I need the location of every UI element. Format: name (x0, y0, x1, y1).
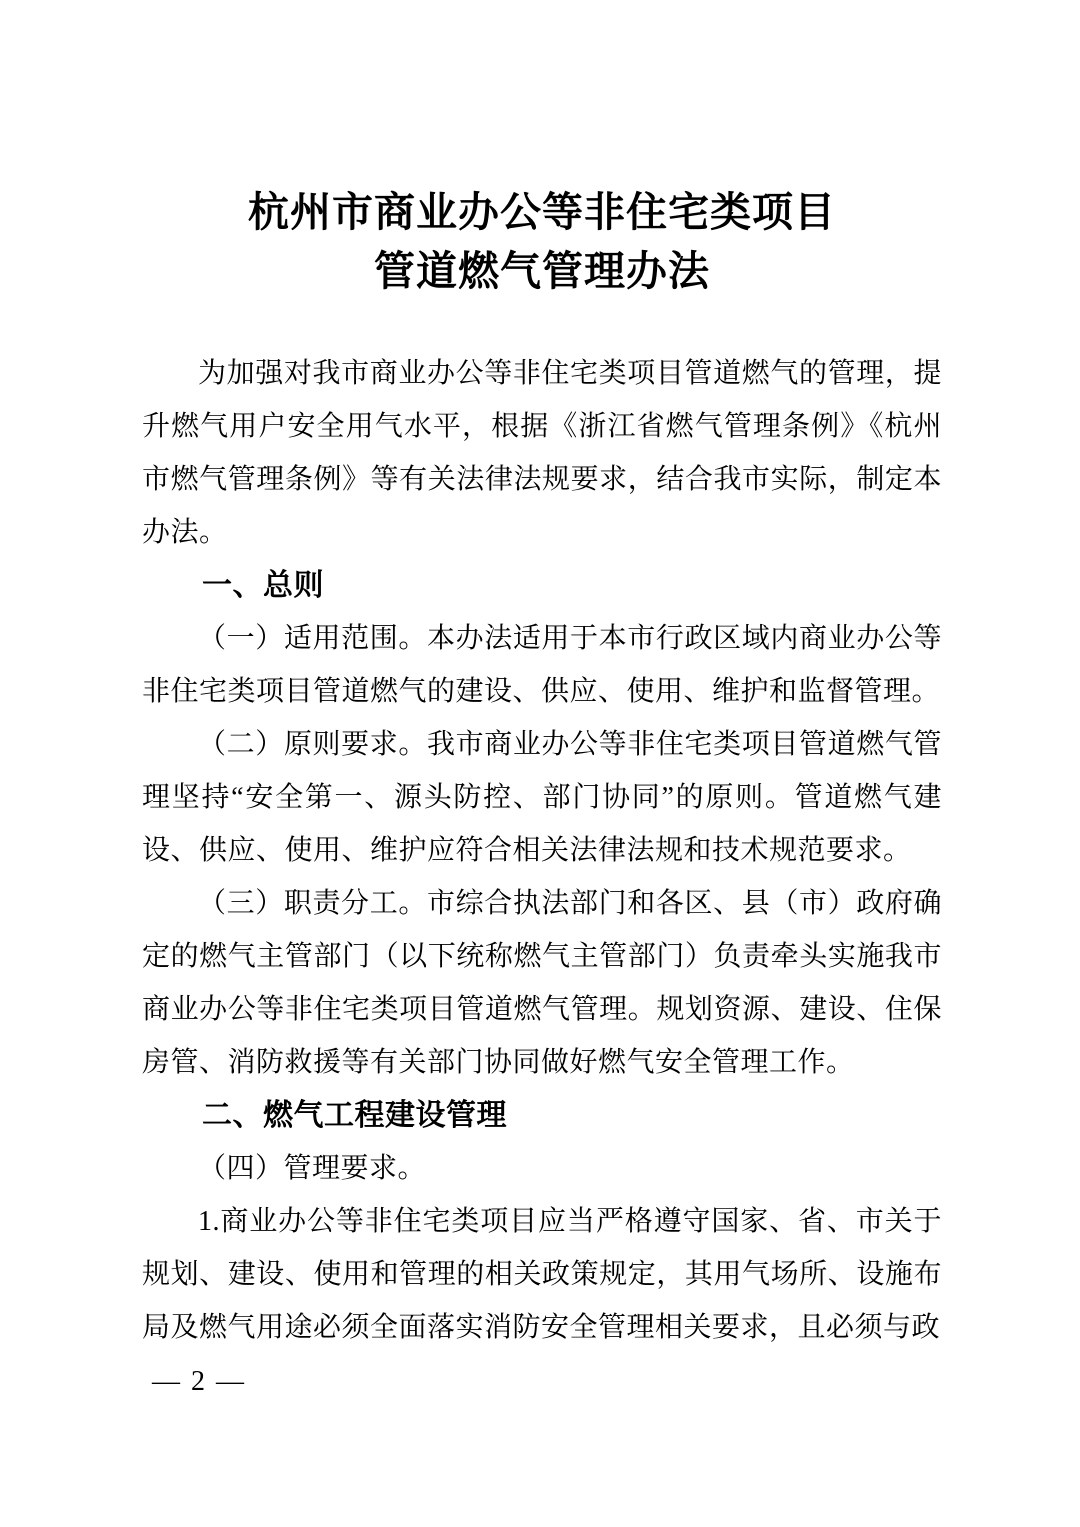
paragraph-item-1-policy-compliance: 1.商业办公等非住宅类项目应当严格遵守国家、省、市关于规划、建设、使用和管理的相… (142, 1195, 942, 1354)
intro-paragraph: 为加强对我市商业办公等非住宅类项目管道燃气的管理，提升燃气用户安全用气水平，根据… (142, 347, 942, 559)
document-page: 杭州市商业办公等非住宅类项目 管道燃气管理办法 为加强对我市商业办公等非住宅类项… (0, 0, 1080, 1527)
section-heading-gas-project-construction-management: 二、燃气工程建设管理 (142, 1089, 942, 1142)
paragraph-principle-requirements: （二）原则要求。我市商业办公等非住宅类项目管道燃气管理坚持“安全第一、源头防控、… (142, 718, 942, 877)
paragraph-scope-of-application: （一）适用范围。本办法适用于本市行政区域内商业办公等非住宅类项目管道燃气的建设、… (142, 612, 942, 718)
document-title: 杭州市商业办公等非住宅类项目 管道燃气管理办法 (142, 183, 942, 301)
page-number: — 2 — (152, 1362, 246, 1402)
paragraph-management-requirements: （四）管理要求。 (142, 1142, 942, 1195)
document-title-line-1: 杭州市商业办公等非住宅类项目 (142, 183, 942, 242)
document-title-line-2: 管道燃气管理办法 (142, 242, 942, 301)
paragraph-division-of-responsibilities: （三）职责分工。市综合执法部门和各区、县（市）政府确定的燃气主管部门（以下统称燃… (142, 877, 942, 1089)
section-heading-general-provisions: 一、总则 (142, 559, 942, 612)
document-content: 杭州市商业办公等非住宅类项目 管道燃气管理办法 为加强对我市商业办公等非住宅类项… (142, 183, 942, 1354)
